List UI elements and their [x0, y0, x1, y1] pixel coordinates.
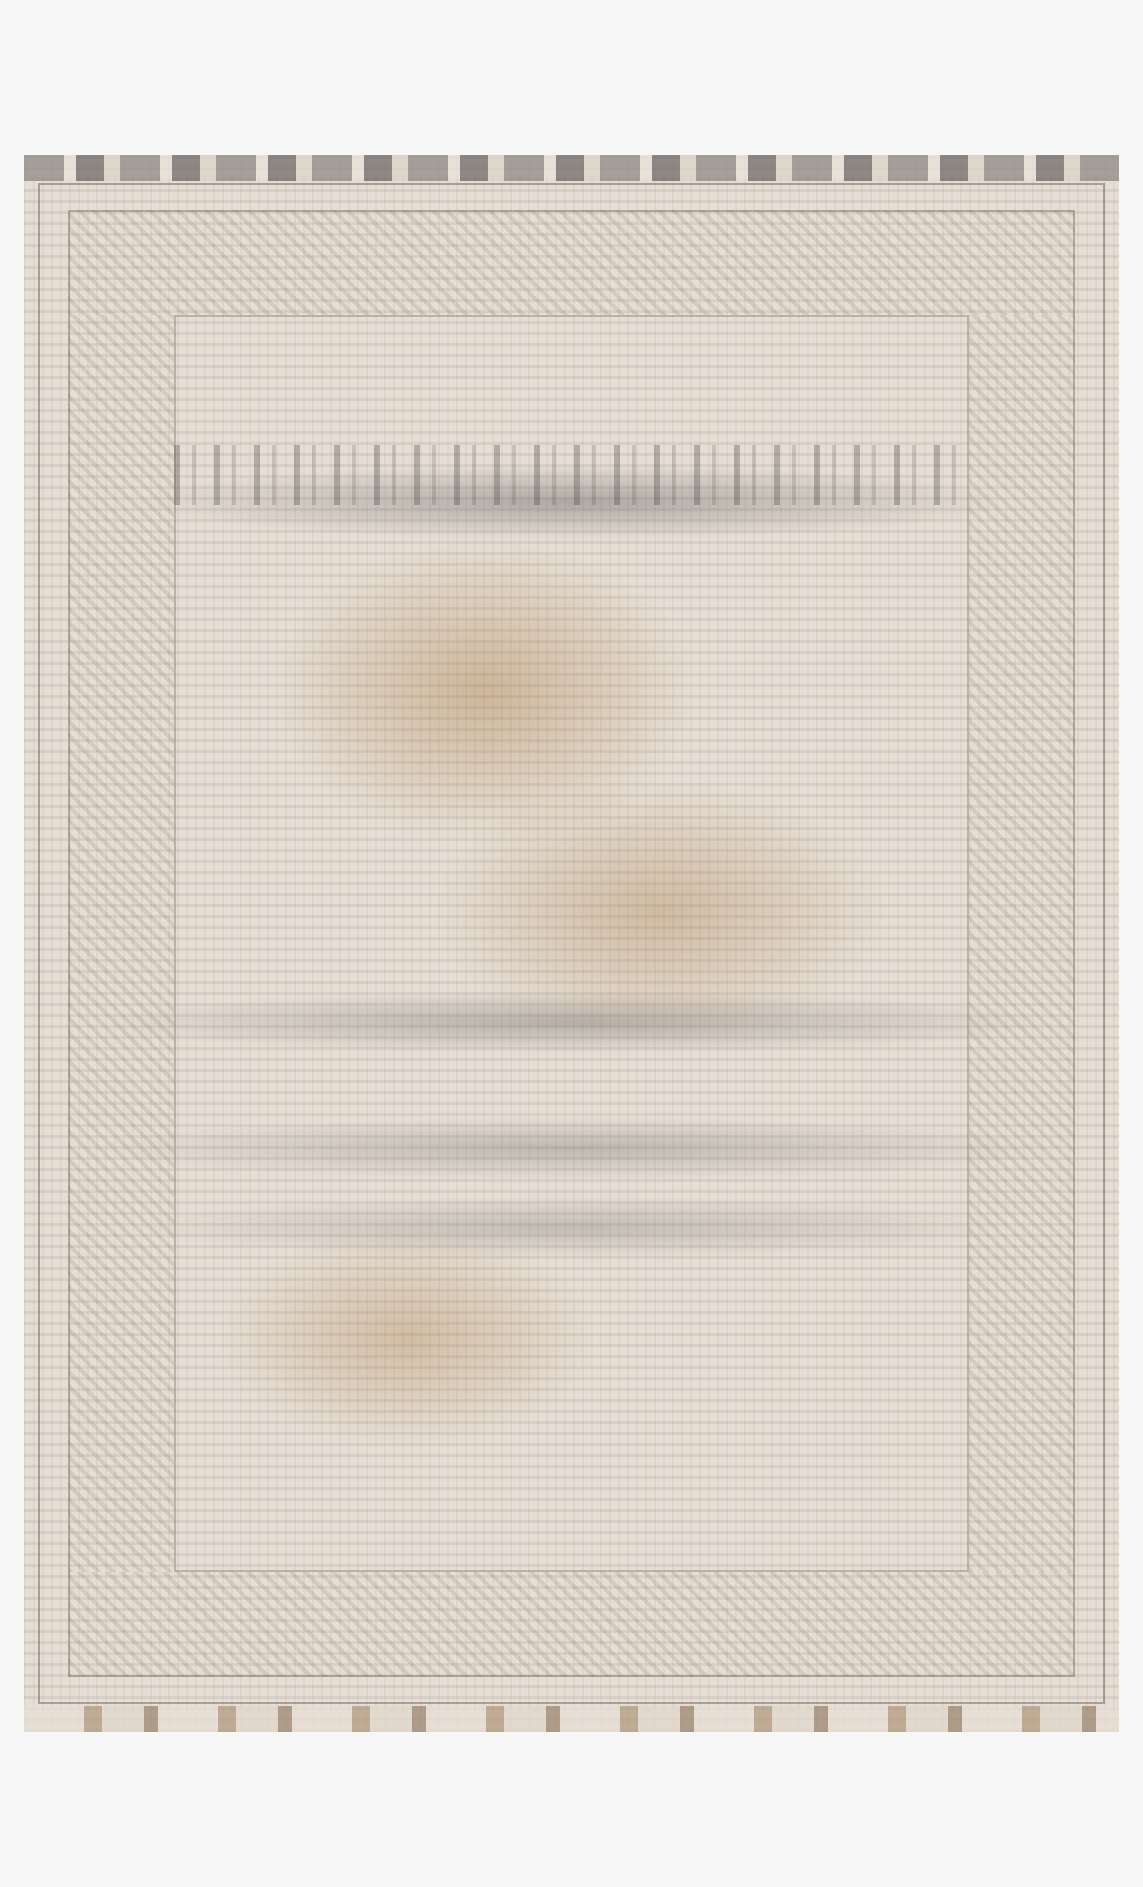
rug-medallion-band — [174, 445, 969, 505]
rug-bottom-edge — [24, 1706, 1119, 1732]
rug-top-edge — [24, 155, 1119, 181]
rug — [24, 155, 1119, 1732]
